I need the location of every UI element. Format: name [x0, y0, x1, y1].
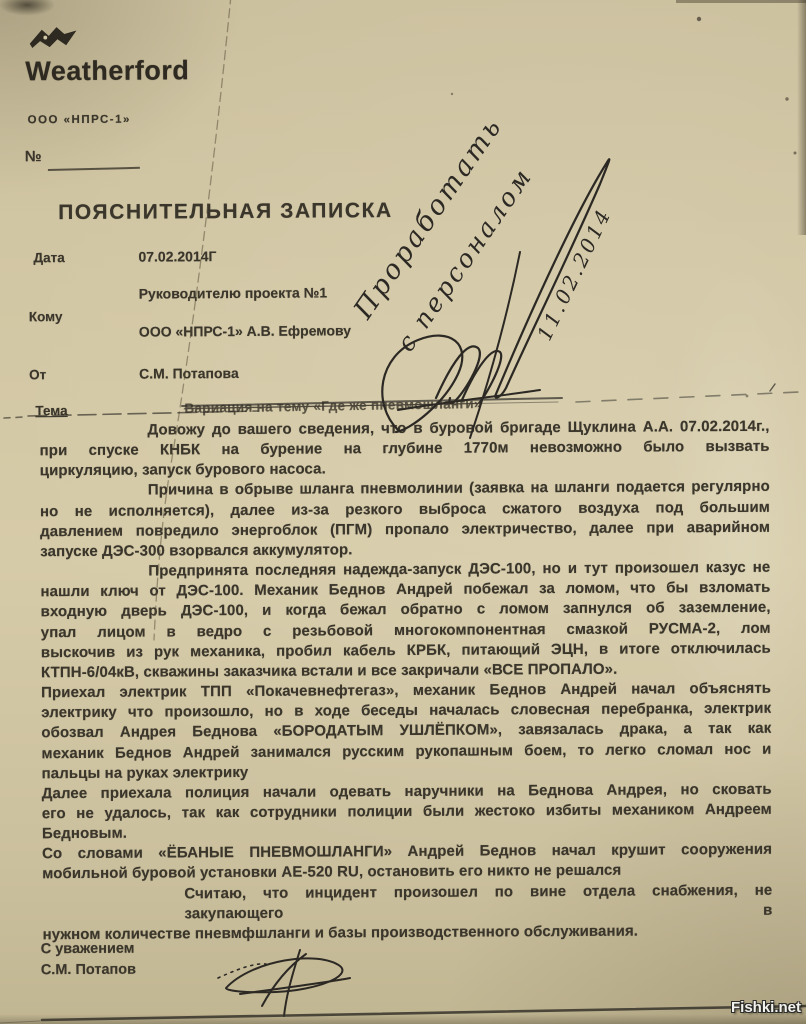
closing-block: С уважением С.М. Потапов	[41, 939, 137, 982]
body-line: Считаю, что инцидент произошел по вине о…	[42, 880, 772, 925]
scanned-document-photo: Weatherford ООО «НПРС-1» № ПОЯСНИТЕЛЬНАЯ…	[0, 0, 806, 1024]
meta-date-label: Дата	[33, 250, 64, 265]
doc-title: ПОЯСНИТЕЛЬНАЯ ЗАПИСКА	[58, 199, 393, 225]
handwritten-date: 11.02.2014	[532, 204, 616, 345]
meta-subject-label: Тема	[35, 403, 67, 418]
meta-to-line2: ООО «НПРС-1» А.В. Ефремову	[139, 322, 351, 339]
meta-from-label: От	[29, 367, 46, 382]
doc-number-blank-line	[48, 167, 140, 171]
site-watermark: Fishki.net	[731, 999, 801, 1016]
meta-subject-value: Вариация на тему «Где же пневмошланги»	[184, 396, 482, 416]
letter-body: Довожу до вашего сведения, что в буровой…	[39, 417, 772, 946]
weatherford-logo-icon	[27, 24, 79, 56]
meta-to-line1: Руководителю проекта №1	[139, 284, 328, 301]
doc-number-label: №	[25, 148, 42, 165]
company-name: ООО «НПРС-1»	[28, 114, 131, 127]
meta-from-value: С.М. Потапова	[139, 365, 239, 382]
letter-sheet: Weatherford ООО «НПРС-1» № ПОЯСНИТЕЛЬНАЯ…	[0, 0, 806, 1024]
meta-to-label: Кому	[29, 309, 63, 324]
body-line: нужном количестве пневмфшланги и базы пр…	[43, 921, 773, 946]
closing-regards: С уважением	[41, 939, 136, 961]
brand-name: Weatherford	[25, 55, 189, 87]
closing-signer-name: С.М. Потапов	[41, 960, 136, 982]
meta-date-value: 07.02.2014Г	[138, 248, 216, 264]
